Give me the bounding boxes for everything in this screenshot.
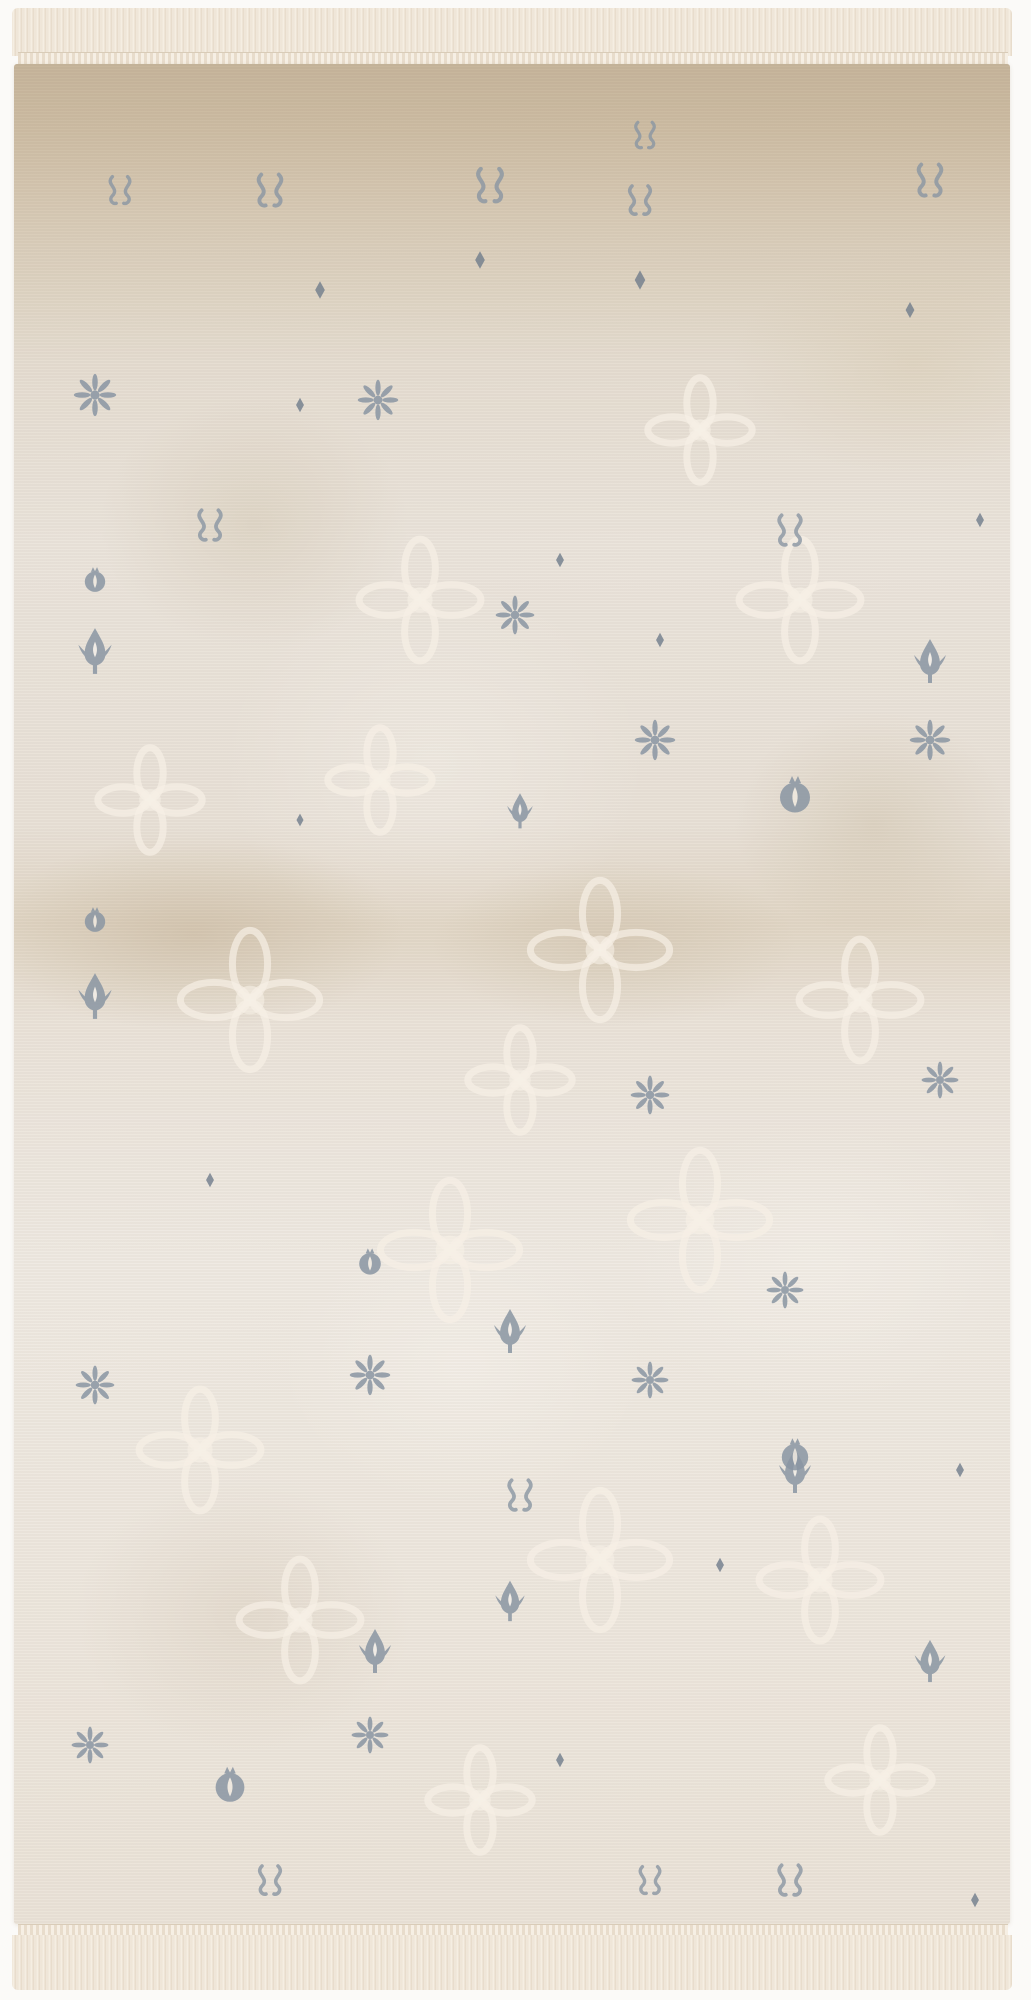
scroll-motif-icon [631, 1861, 669, 1899]
scroll-motif-icon [908, 158, 952, 202]
scroll-motif-icon [627, 117, 663, 153]
star-motif-icon [494, 594, 536, 636]
dot-motif-icon [201, 1171, 219, 1189]
pomegranate-motif-icon [773, 1433, 817, 1477]
pomegranate-motif-icon [78, 563, 112, 597]
star-motif-icon [908, 718, 952, 762]
scroll-motif-icon [620, 180, 660, 220]
lotus-motif-icon [69, 969, 121, 1021]
star-motif-icon [350, 1715, 390, 1755]
dot-motif-icon [309, 279, 331, 301]
dot-motif-icon [951, 1461, 969, 1479]
dot-motif-icon [711, 1556, 729, 1574]
scroll-motif-icon [769, 1859, 811, 1901]
lotus-motif-icon [350, 1625, 400, 1675]
scroll-motif-icon [248, 168, 292, 212]
star-motif-icon [72, 372, 118, 418]
dot-motif-icon [551, 1751, 569, 1769]
dot-motif-icon [291, 396, 309, 414]
star-motif-icon [348, 1353, 392, 1397]
motif-layer [14, 64, 1010, 1924]
scroll-motif-icon [101, 171, 139, 209]
dot-motif-icon [551, 551, 569, 569]
star-motif-icon [765, 1270, 805, 1310]
dot-motif-icon [469, 249, 491, 271]
pomegranate-motif-icon [770, 770, 820, 820]
scroll-motif-icon [467, 162, 513, 208]
pomegranate-motif-icon [352, 1244, 388, 1280]
rug-field [14, 64, 1010, 1924]
lotus-motif-icon [906, 1636, 954, 1684]
star-motif-icon [70, 1725, 110, 1765]
scroll-motif-icon [189, 504, 231, 546]
bottom-fringe [12, 1935, 1012, 1990]
lotus-motif-icon [500, 790, 540, 830]
dot-motif-icon [900, 300, 920, 320]
dot-motif-icon [971, 511, 989, 529]
star-motif-icon [633, 718, 677, 762]
dot-motif-icon [292, 812, 308, 828]
scroll-motif-icon [250, 1860, 290, 1900]
dot-motif-icon [966, 1891, 984, 1909]
lotus-motif-icon [487, 1577, 533, 1623]
scroll-motif-icon [769, 509, 811, 551]
star-motif-icon [920, 1060, 960, 1100]
lotus-motif-icon [69, 624, 121, 676]
lotus-motif-icon [485, 1305, 535, 1355]
scroll-motif-icon [499, 1474, 541, 1516]
pomegranate-motif-icon [78, 903, 112, 937]
star-motif-icon [629, 1074, 671, 1116]
star-motif-icon [630, 1360, 670, 1400]
photo-canvas [0, 0, 1031, 2000]
pomegranate-motif-icon [206, 1761, 254, 1809]
top-fringe [12, 8, 1012, 56]
star-motif-icon [74, 1364, 116, 1406]
dot-motif-icon [628, 268, 652, 292]
dot-motif-icon [651, 631, 669, 649]
lotus-motif-icon [905, 635, 955, 685]
star-motif-icon [356, 378, 400, 422]
